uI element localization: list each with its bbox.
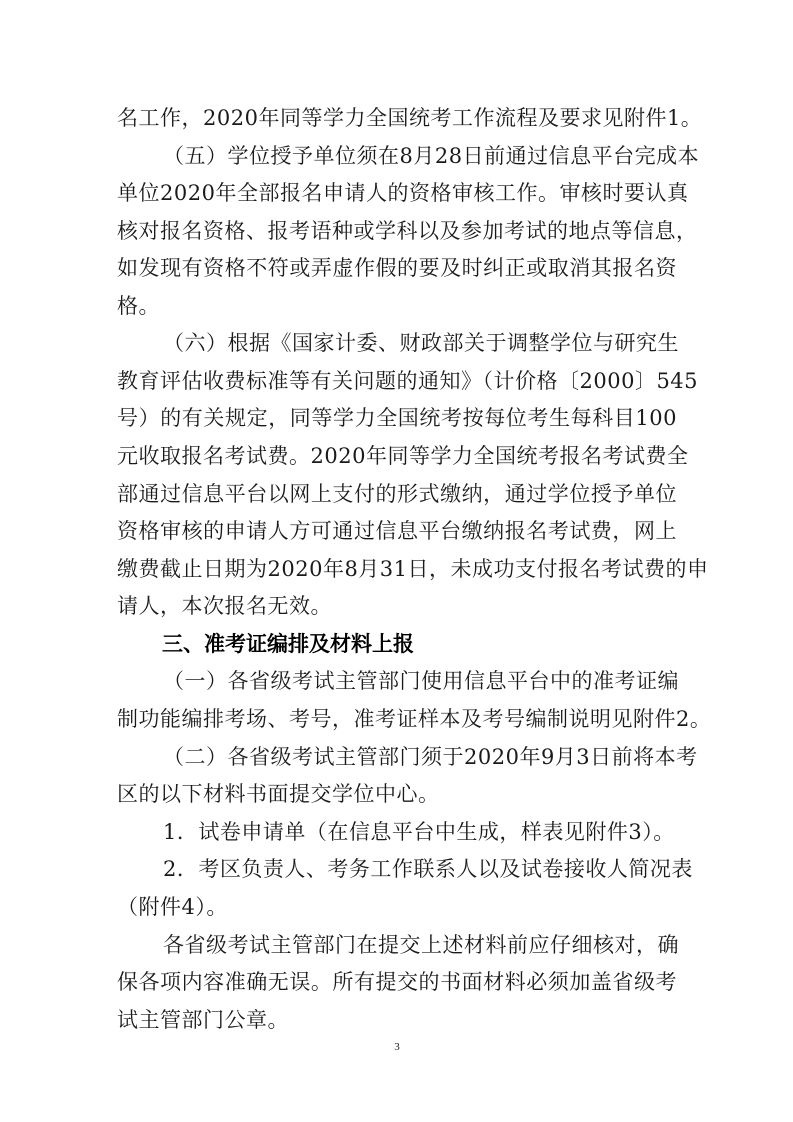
body-line: 教育评估收费标准等有关问题的通知》（计价格〔2000〕545 [117,366,677,396]
body-line: 格。 [117,291,677,321]
body-line: 请人，本次报名无效。 [117,591,677,621]
body-line: （附件4）。 [117,892,677,922]
page-number: 3 [390,1040,404,1054]
body-line: 部通过信息平台以网上支付的形式缴纳，通过学位授予单位 [117,479,677,509]
body-line: 资格审核的申请人方可通过信息平台缴纳报名考试费，网上 [117,516,677,546]
body-line: 号）的有关规定，同等学力全国统考按每位考生每科目100 [117,403,677,433]
body-line: （一）各省级考试主管部门使用信息平台中的准考证编 [163,666,677,696]
body-line: 如发现有资格不符或弄虚作假的要及时纠正或取消其报名资 [117,253,677,283]
body-line: （五）学位授予单位须在8月28日前通过信息平台完成本 [163,141,677,171]
list-item-2: 2．考区负责人、考务工作联系人以及试卷接收人简况表 [163,854,677,884]
body-line: 元收取报名考试费。2020年同等学力全国统考报名考试费全 [117,441,677,471]
body-line: 试主管部门公章。 [117,1005,677,1035]
section-heading: 三、准考证编排及材料上报 [162,629,414,659]
body-line: 单位2020年全部报名申请人的资格审核工作。审核时要认真 [117,178,677,208]
body-line: 保各项内容准确无误。所有提交的书面材料必须加盖省级考 [117,967,677,997]
body-line: 缴费截止日期为2020年8月31日，未成功支付报名考试费的申 [117,554,677,584]
body-line: 制功能编排考场、考号，准考证样本及考号编制说明见附件2。 [117,704,677,734]
body-line: （六）根据《国家计委、财政部关于调整学位与研究生 [163,328,677,358]
body-line: 区的以下材料书面提交学位中心。 [117,779,677,809]
body-line: 名工作，2020年同等学力全国统考工作流程及要求见附件1。 [117,103,677,133]
body-line: 核对报名资格、报考语种或学科以及参加考试的地点等信息， [117,216,677,246]
list-item-1: 1．试卷申请单（在信息平台中生成，样表见附件3）。 [163,817,677,847]
body-line: （二）各省级考试主管部门须于2020年9月3日前将本考 [163,742,677,772]
document-page: 名工作，2020年同等学力全国统考工作流程及要求见附件1。 （五）学位授予单位须… [0,0,793,1122]
body-line: 各省级考试主管部门在提交上述材料前应仔细核对，确 [163,930,677,960]
